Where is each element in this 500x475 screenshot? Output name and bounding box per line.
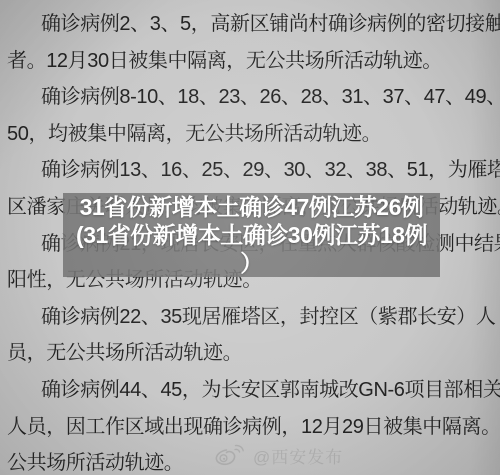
watermark-handle: @西安发布 xyxy=(253,443,343,468)
headline-text-line: (31省份新增本土确诊30例江苏18例 xyxy=(76,221,427,249)
watermark: @西安发布 xyxy=(214,443,343,468)
text-line: 确诊病例22、35现居雁塔区，封控区（紫郡长安）人 xyxy=(7,299,500,336)
headline-overlay: 31省份新增本土确诊47例江苏26例(31省份新增本土确诊30例江苏18例） xyxy=(63,193,440,277)
notice-photo: 确诊病例2、3、5，高新区铺尚村确诊病例的密切接触者。12月30日被集中隔离，无… xyxy=(0,0,500,475)
text-line: 50，均被集中隔离，无公共场所活动轨迹。 xyxy=(7,116,500,153)
text-line: 人员，因工作区域出现确诊病例，12月29日被集中隔离。无 xyxy=(7,409,500,446)
text-line: 者。12月30日被集中隔离，无公共场所活动轨迹。 xyxy=(7,43,500,80)
text-line: 确诊病例13、16、25、29、30、32、38、51，为雁塔 xyxy=(7,152,500,189)
text-line: 确诊病例2、3、5，高新区铺尚村确诊病例的密切接触 xyxy=(7,6,500,43)
text-line: 确诊病例8-10、18、23、26、28、31、37、47、49、 xyxy=(7,79,500,116)
headline-text-line: 31省份新增本土确诊47例江苏26例 xyxy=(80,193,424,221)
text-line: 员，无公共场所活动轨迹。 xyxy=(7,335,500,372)
weibo-logo-icon xyxy=(214,443,245,468)
headline-text-line: ） xyxy=(240,249,263,277)
text-line: 确诊病例44、45，为长安区郭南城改GN-6项目部相关 xyxy=(7,372,500,409)
